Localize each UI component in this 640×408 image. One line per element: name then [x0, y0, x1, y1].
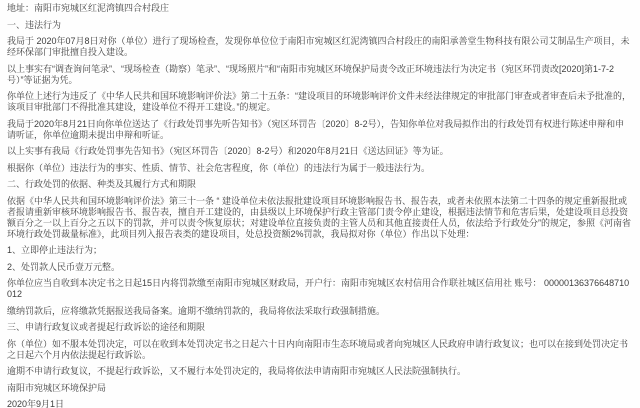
- doc-paragraph-penalty-item-1: 1、立即停止违法行为；: [7, 245, 633, 256]
- doc-paragraph-notice-evidence: 以上实事有我局《行政处罚事先告知书》（宛区环罚告〔2020〕8-2号）和2020…: [7, 146, 633, 157]
- doc-paragraph-violation-nature: 根据你（单位）违法行为的事实、性质、情节、社会危害程度，你（单位）的违法行为属于…: [7, 163, 633, 174]
- doc-paragraph-inspection: 我局于 2020年07月8日对你（单位）进行了现场检查，发现你单位位于南阳市宛城…: [7, 36, 633, 58]
- doc-paragraph-appeal-rights: 你（单位）如不服本处罚决定，可以在收到本处罚决定书之日起六十日内向南阳市生态环境…: [7, 339, 633, 361]
- issuer-signature: 南阳市宛城区环境保护局: [7, 383, 633, 394]
- doc-paragraph-penalty-basis: 依据《中华人民共和国环境影响评价法》第三十一条 “ 建设单位未依法报批建设项目环…: [7, 196, 633, 240]
- doc-paragraph-payment-info: 你单位应当自收到本决定书之日起15日内将罚款缴至南阳市宛城区财政局，开户行：南阳…: [7, 278, 633, 300]
- doc-paragraph-violated-law: 你单位上述行为违反了《中华人民共和国环境影响评价法》第二十五条：“建设项目的环境…: [7, 91, 633, 113]
- doc-paragraph-evidence: 以上事实有“调查询问笔录”、“现场检查（勘察）笔录”、“现场照片”和“南阳市宛城…: [7, 64, 633, 86]
- section3-heading: 三、申请行政复议或者提起行政诉讼的途径和期限: [7, 322, 633, 333]
- doc-paragraph-penalty-item-2: 2、处罚款人民币壹万元整。: [7, 262, 633, 273]
- issue-date: 2020年9月1日: [7, 399, 633, 408]
- penalty-decision-document: 地址：南阳市宛城区红泥湾镇四合村段庄 一、违法行为 我局于 2020年07月8日…: [0, 0, 640, 408]
- doc-paragraph-payment-record: 缴纳罚款后，应将缴款凭据报送我局备案。逾期不缴纳罚款的，我局将依法采取行政强制措…: [7, 306, 633, 317]
- doc-paragraph-prior-notice: 我局于2020年8月21日向你单位送达了《行政处罚事先听告知书》（宛区环罚告〔2…: [7, 119, 633, 141]
- address-line: 地址：南阳市宛城区红泥湾镇四合村段庄: [7, 3, 633, 14]
- doc-paragraph-enforcement: 逾期不申请行政复议，不提起行政诉讼，又不履行本处罚决定的，我局将依法申请南阳市宛…: [7, 366, 633, 377]
- section1-heading: 一、违法行为: [7, 20, 633, 31]
- section2-heading: 二、行政处罚的依据、种类及其履行方式和期限: [7, 179, 633, 190]
